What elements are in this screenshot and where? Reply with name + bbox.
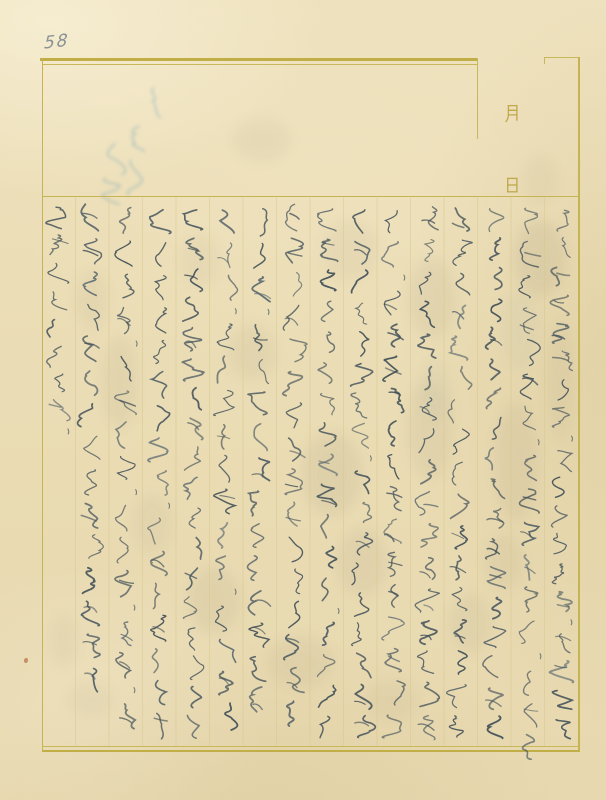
text-column	[182, 210, 204, 738]
text-column	[148, 210, 171, 739]
text-column	[115, 208, 137, 729]
text-column	[382, 211, 405, 738]
text-column	[447, 208, 473, 737]
text-column	[519, 208, 541, 759]
text-column	[46, 207, 70, 434]
text-column	[351, 210, 376, 738]
text-column	[415, 207, 439, 740]
manuscript-page: 58	[0, 0, 606, 800]
text-column	[78, 204, 104, 692]
handwritten-text	[0, 0, 606, 800]
text-column	[483, 209, 506, 739]
text-column	[549, 210, 573, 738]
text-column	[248, 209, 271, 712]
text-column	[214, 210, 238, 730]
text-column	[283, 204, 307, 726]
text-column	[317, 209, 339, 738]
